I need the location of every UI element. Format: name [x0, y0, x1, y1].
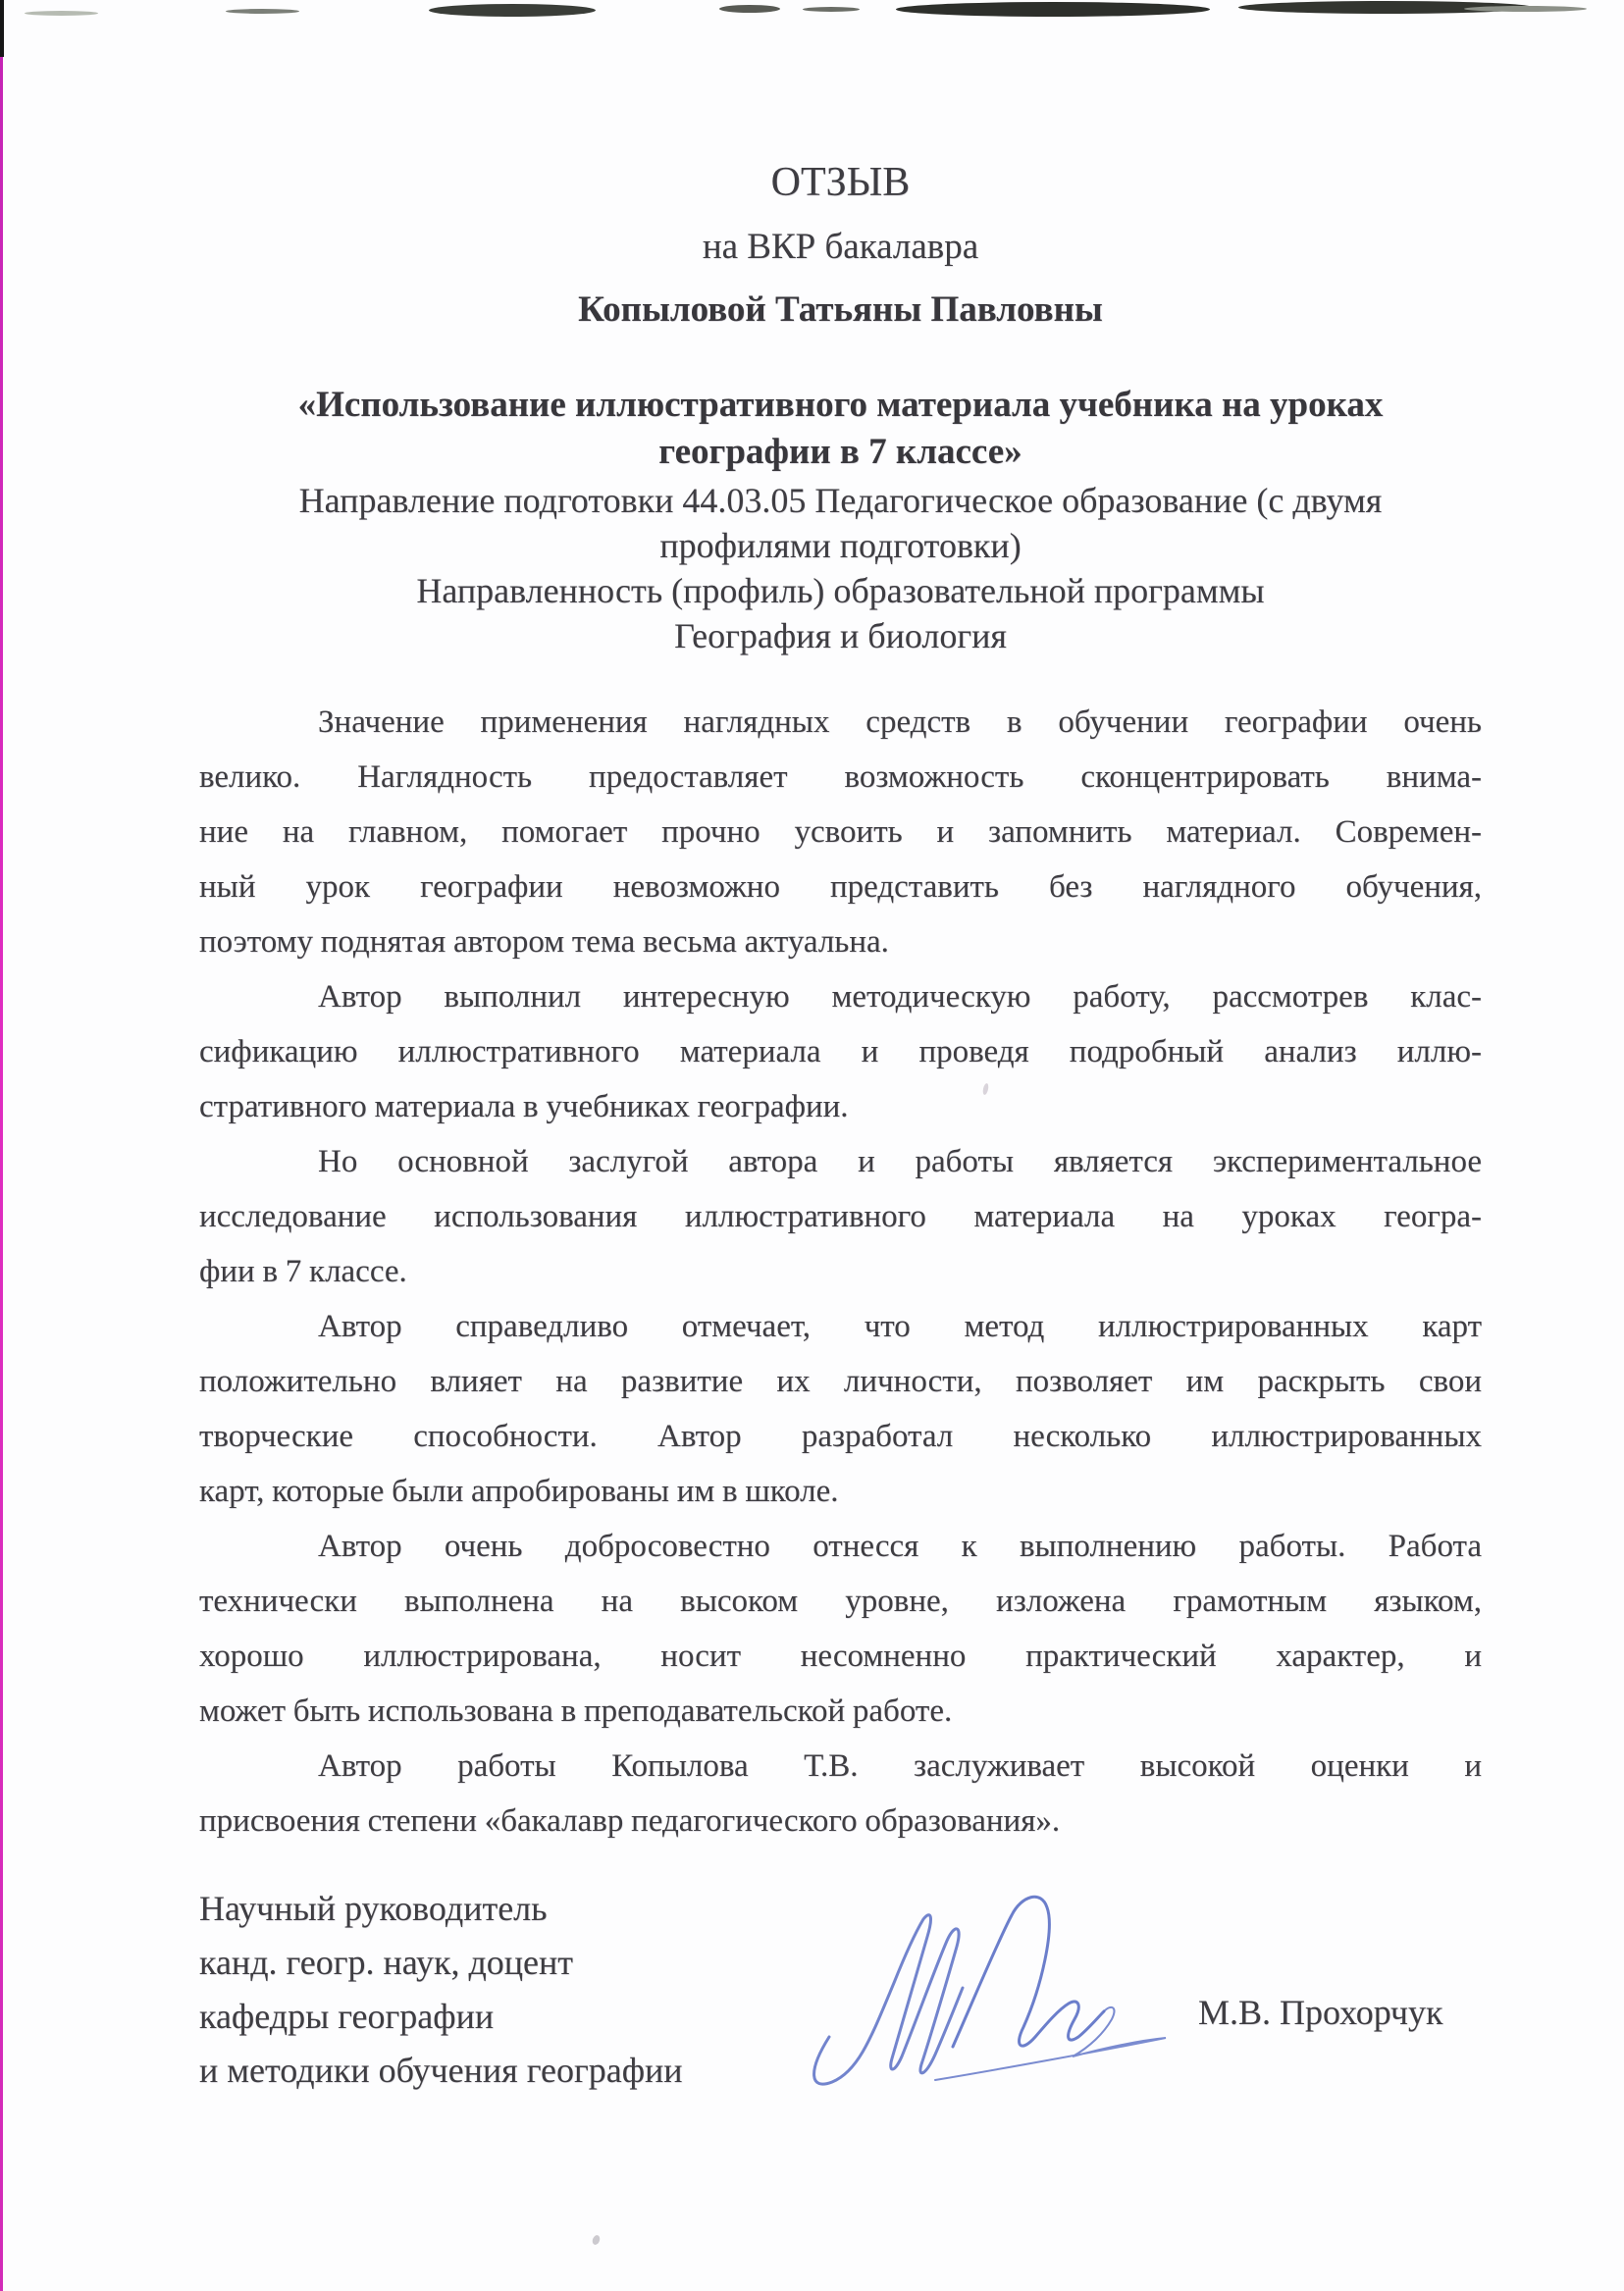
thesis-title-line: «Использование иллюстративного материала…	[199, 382, 1482, 429]
body-text-line: исследование использования иллюстративно…	[199, 1189, 1482, 1244]
document-subtitle: на ВКР бакалавра	[199, 225, 1482, 270]
thesis-title: «Использование иллюстративного материала…	[199, 382, 1482, 476]
body-text-line: Автор справедливо отмечает, что метод ил…	[199, 1299, 1482, 1354]
program-info-line: профилями подготовки)	[199, 523, 1482, 568]
program-info-line: География и биология	[199, 613, 1482, 658]
thesis-title-line: географии в 7 классе»	[199, 429, 1482, 476]
body-text-line: Автор очень добросовестно отнесся к выпо…	[199, 1519, 1482, 1574]
body-text-line: велико. Наглядность предоставляет возмож…	[199, 750, 1482, 805]
paragraph: Автор справедливо отмечает, что метод ил…	[199, 1299, 1482, 1519]
document-header: ОТЗЫВ на ВКР бакалавра Копыловой Татьяны…	[199, 160, 1482, 658]
scan-smudge-artifact	[25, 11, 98, 16]
paragraph: Автор выполнил интересную методическую р…	[199, 969, 1482, 1134]
body-text-line: стративного материала в учебниках геогра…	[199, 1079, 1482, 1134]
scan-edge-artifact	[0, 0, 3, 2291]
scan-speck-artifact	[592, 2234, 602, 2246]
student-name: Копыловой Татьяны Павловны	[199, 287, 1482, 333]
body-text-line: Автор работы Копылова Т.В. заслуживает в…	[199, 1739, 1482, 1794]
scan-smudge-artifact	[429, 4, 596, 17]
body-text-line: фии в 7 классе.	[199, 1244, 1482, 1299]
body-text-line: положительно влияет на развитие их лично…	[199, 1354, 1482, 1409]
body-text-line: карт, которые были апробированы им в шко…	[199, 1464, 1482, 1519]
scanned-review-page: ОТЗЫВ на ВКР бакалавра Копыловой Татьяны…	[0, 0, 1624, 2291]
scan-smudge-artifact	[803, 7, 860, 12]
signer-name: М.В. Прохорчук	[1198, 1992, 1442, 2033]
body-text-line: ный урок географии невозможно представит…	[199, 859, 1482, 914]
scan-smudge-artifact	[896, 2, 1210, 17]
scan-corner-artifact	[0, 0, 4, 57]
paragraph: Автор работы Копылова Т.В. заслуживает в…	[199, 1739, 1482, 1848]
body-text-line: присвоения степени «бакалавр педагогичес…	[199, 1794, 1482, 1848]
body-text-line: Автор выполнил интересную методическую р…	[199, 969, 1482, 1024]
scan-smudge-artifact	[226, 9, 299, 14]
page-title: ОТЗЫВ	[199, 160, 1482, 205]
paragraph: Автор очень добросовестно отнесся к выпо…	[199, 1519, 1482, 1739]
program-info: Направление подготовки 44.03.05 Педагоги…	[199, 478, 1482, 658]
body-text-line: Значение применения наглядных средств в …	[199, 695, 1482, 750]
body-text-line: технически выполнена на высоком уровне, …	[199, 1574, 1482, 1629]
handwritten-signature	[788, 1890, 1180, 2115]
scan-smudge-artifact	[719, 5, 780, 13]
body-text-line: может быть использована в преподавательс…	[199, 1684, 1482, 1739]
body-text-line: творческие способности. Автор разработал…	[199, 1409, 1482, 1464]
body-text-line: поэтому поднятая автором тема весьма акт…	[199, 914, 1482, 969]
document-body: Значение применения наглядных средств в …	[199, 695, 1482, 1848]
program-info-line: Направленность (профиль) образовательной…	[199, 568, 1482, 613]
body-text-line: Но основной заслугой автора и работы явл…	[199, 1134, 1482, 1189]
scan-smudge-artifact	[1464, 6, 1587, 12]
signature-block: Научный руководительканд. геогр. наук, д…	[199, 1882, 1482, 2196]
paragraph: Значение применения наглядных средств в …	[199, 695, 1482, 969]
program-info-line: Направление подготовки 44.03.05 Педагоги…	[199, 478, 1482, 523]
body-text-line: хорошо иллюстрирована, носит несомненно …	[199, 1629, 1482, 1684]
body-text-line: сификацию иллюстративного материала и пр…	[199, 1024, 1482, 1079]
paragraph: Но основной заслугой автора и работы явл…	[199, 1134, 1482, 1299]
body-text-line: ние на главном, помогает прочно усвоить …	[199, 805, 1482, 859]
